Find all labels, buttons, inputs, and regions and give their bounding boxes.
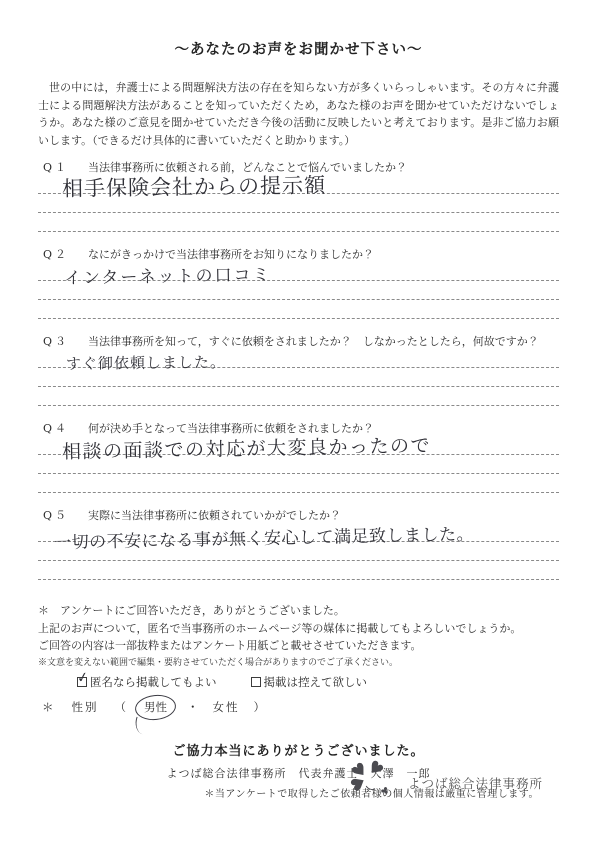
footer-thanks: ご協力本当にありがとうございました。: [38, 740, 559, 759]
question-label: Q５: [38, 508, 88, 523]
question-row: Q５ 実際に当法律事務所に依頼されていかがでしたか？: [38, 508, 559, 523]
answer-line: [38, 561, 559, 580]
gender-option-male-circled: 男性: [140, 698, 171, 716]
question-block-1: Q１ 当法律事務所に依頼される前，どんなことで悩んでいましたか？ 相手保険会社か…: [38, 160, 559, 232]
answer-line: [38, 213, 559, 232]
question-block-5: Q５ 実際に当法律事務所に依頼されていかがでしたか？ 一切の不安になる事が無く安…: [38, 508, 559, 580]
consent-option-no-publish: 掲載は控えて欲しい: [251, 673, 368, 691]
gender-separator: ・: [187, 699, 199, 715]
question-label: Q４: [38, 421, 88, 436]
question-block-4: Q４ 何が決め手となって当法律事務所に依頼をされましたか？ 相談の面談での対応が…: [38, 421, 559, 493]
question-label: Q２: [38, 247, 88, 262]
answer-area: すぐ御依頼しました。: [38, 349, 559, 406]
page-title: ～あなたのお声をお聞かせ下さい～: [38, 38, 559, 59]
intro-paragraph: 世の中には，弁護士による問題解決方法の存在を知らない方が多くいらっしゃいます。そ…: [38, 79, 559, 149]
asterisk-mark: ＊: [42, 699, 54, 715]
gender-label: 性別: [72, 699, 99, 715]
consent-option-anonymous-ok: ✓ 匿名なら掲載してもよい: [77, 673, 217, 691]
clover-stem: [363, 775, 380, 792]
answer-area: 相談の面談での対応が大変良かったので: [38, 436, 559, 493]
question-label: Q３: [38, 334, 88, 349]
paren-open: （: [115, 699, 127, 715]
paren-close: ）: [254, 699, 266, 715]
checkmark-icon: ✓: [76, 668, 91, 688]
checkbox-unchecked: [251, 677, 261, 687]
consent-option-label: 掲載は控えて欲しい: [264, 673, 368, 691]
question-block-3: Q３ 当法律事務所を知って，すぐに依頼をされましたか？ しなかったとしたら，何故…: [38, 334, 559, 406]
consent-option-label: 匿名なら掲載してもよい: [90, 673, 217, 691]
handwritten-answer: すぐ御依頼しました。: [66, 351, 226, 374]
checkbox-checked: ✓: [77, 677, 87, 687]
gender-option-female: 女性: [213, 699, 240, 715]
answer-area: 一切の不安になる事が無く安心して満足致しました。: [38, 523, 559, 580]
answer-area: インターネットの口コミ: [38, 262, 559, 319]
handwritten-answer: インターネットの口コミ: [64, 260, 272, 289]
logo-firm-name: よつば総合法律事務所: [408, 774, 543, 792]
answer-line: [38, 300, 559, 319]
note-fine-print: ※文意を変えない範囲で編集・要約させていただく場合がありますのでご了承ください。: [38, 656, 559, 671]
questionnaire-page: ～あなたのお声をお聞かせ下さい～ 世の中には，弁護士による問題解決方法の存在を知…: [0, 0, 595, 842]
question-text: 実際に当法律事務所に依頼されていかがでしたか？: [88, 508, 559, 523]
question-text: なにがきっかけで当法律事務所をお知りになりましたか？: [88, 247, 559, 262]
note-publish-2: ご回答の内容は一部抜粋またはアンケート用紙ごと載せさせていただきます。: [38, 637, 559, 655]
answer-line: [38, 387, 559, 406]
mini-clover-icon: ♣: [378, 785, 390, 798]
handwritten-answer: 相手保険会社からの提示額: [62, 169, 326, 203]
answer-line: [38, 474, 559, 493]
four-leaf-clover-icon: ♥ ♥ ♥ ♣: [352, 762, 392, 804]
note-publish-1: 上記のお声について，匿名で当事務所のホームページ等の媒体に掲載してもよろしいでし…: [38, 620, 559, 638]
answer-area: 相手保険会社からの提示額: [38, 175, 559, 232]
question-block-2: Q２ なにがきっかけで当法律事務所をお知りになりましたか？ インターネットの口コ…: [38, 247, 559, 319]
note-thanks: ＊ アンケートにご回答いただき，ありがとうございました。: [38, 602, 559, 620]
question-row: Q３ 当法律事務所を知って，すぐに依頼をされましたか？ しなかったとしたら，何故…: [38, 334, 559, 349]
gender-row: ＊ 性別 （ 男性 ・ 女性 ）: [38, 698, 559, 716]
question-text: 当法律事務所を知って，すぐに依頼をされましたか？ しなかったとしたら，何故ですか…: [88, 334, 559, 349]
firm-logo: ♥ ♥ ♥ ♣ よつば総合法律事務所: [352, 762, 543, 804]
consent-options: ✓ 匿名なら掲載してもよい 掲載は控えて欲しい: [77, 673, 559, 691]
question-row: Q２ なにがきっかけで当法律事務所をお知りになりましたか？: [38, 247, 559, 262]
closing-notes: ＊ アンケートにご回答いただき，ありがとうございました。 上記のお声について，匿…: [38, 602, 559, 671]
